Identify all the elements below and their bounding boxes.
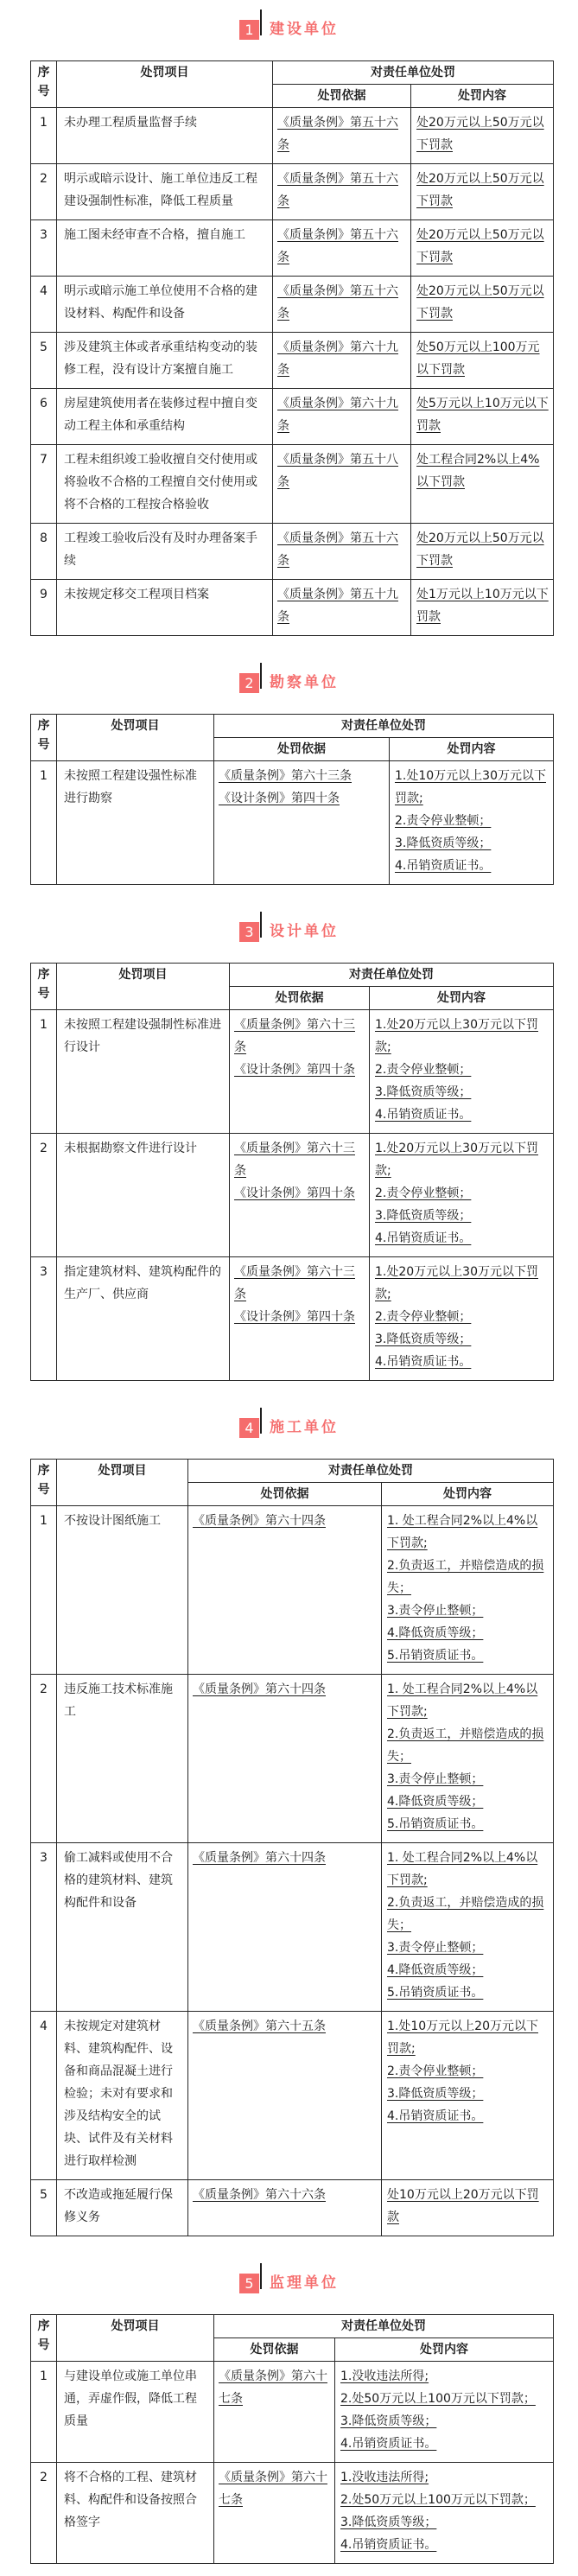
penalty-content-cell: 处工程合同2%以上4%以下罚款 [411,445,554,524]
header-serial-char2: 号 [38,2338,50,2352]
table-row: 2未根据勘察文件进行设计《质量条例》第六十三条《设计条例》第四十条1.处20万元… [31,1134,554,1257]
header-serial-char2: 号 [38,987,50,1001]
row-serial-number: 3 [31,1843,57,2012]
penalty-basis-cell: 《质量条例》第六十九条 [273,333,411,389]
row-serial-number: 1 [31,761,57,885]
header-serial-number: 序 号 [31,1460,57,1506]
header-penalty-basis: 处罚依据 [188,1483,382,1506]
content-line: 处工程合同2%以上4%以下罚款 [416,448,549,493]
penalty-item-cell: 工程竣工验收后没有及时办理备案手续 [57,524,273,580]
content-line: 处20万元以上50万元以下罚款 [416,224,549,269]
header-penalty-group: 对责任单位处罚 [188,1460,554,1483]
header-serial-char1: 序 [38,2319,50,2333]
table-row: 2将不合格的工程、建筑材料、构配件和设备按照合格签字《质量条例》第六十七条1.没… [31,2463,554,2564]
heading-divider-line [260,912,262,938]
content-line: 处20万元以上50万元以下罚款 [416,280,549,325]
section-title: 施工单位 [270,1417,339,1438]
section-number-badge: 3 [239,922,259,942]
basis-line: 《质量条例》第五十六条 [277,280,408,325]
content-line: 4.降低资质等级； [387,1959,549,1981]
header-serial-number: 序 号 [31,2315,57,2362]
content-line: 1.处20万元以上30万元以下罚款; [375,1014,549,1059]
basis-line: 《质量条例》第五十六条 [277,111,408,156]
basis-line: 《质量条例》第五十九条 [277,583,408,628]
basis-line: 《设计条例》第四十条 [234,1059,366,1081]
content-line: 处5万元以上10万元以下罚款 [416,392,549,437]
content-line: 处50万元以上100万元以下罚款 [416,336,549,381]
content-line: 3.降低资质等级； [375,1205,549,1227]
header-serial-char2: 号 [38,85,50,99]
penalty-content-cell: 1.处20万元以上30万元以下罚款;2.责令停业整顿；3.降低资质等级；4.吊销… [370,1010,554,1134]
content-line: 3.降低资质等级； [387,2083,549,2105]
table-header: 序 号 处罚项目 对责任单位处罚 处罚依据 处罚内容 [31,2315,554,2362]
penalty-basis-cell: 《质量条例》第六十四条 [188,1506,382,1675]
content-line: 1. 处工程合同2%以上4%以下罚款; [387,1510,549,1555]
header-serial-char1: 序 [38,66,50,80]
penalty-content-cell: 1.处10万元以上30万元以下罚款;2.责令停业整顿；3.降低资质等级；4.吊销… [390,761,554,885]
header-penalty-basis: 处罚依据 [214,2338,335,2362]
table-row: 2违反施工技术标准施工《质量条例》第六十四条1. 处工程合同2%以上4%以下罚款… [31,1675,554,1843]
basis-line: 《设计条例》第四十条 [219,787,386,810]
penalty-basis-cell: 《质量条例》第五十六条 [273,277,411,333]
content-line: 4.吊销资质证书。 [375,1104,549,1126]
row-serial-number: 4 [31,2012,57,2180]
row-serial-number: 3 [31,1257,57,1381]
penalty-item-cell: 未按照工程建设强性标准进行勘察 [57,761,214,885]
header-serial-char1: 序 [38,1464,50,1478]
section-heading: 3 设计单位 [0,914,578,942]
row-serial-number: 3 [31,220,57,277]
penalty-content-cell: 1. 处工程合同2%以上4%以下罚款;2.负责返工，并赔偿造成的损失；3.责令停… [382,1506,554,1675]
penalty-item-cell: 涉及建筑主体或者承重结构变动的装修工程，没有设计方案擅自施工 [57,333,273,389]
penalty-content-cell: 1. 处工程合同2%以上4%以下罚款;2.负责返工，并赔偿造成的损失；3.责令停… [382,1843,554,2012]
row-serial-number: 5 [31,2180,57,2236]
basis-line: 《质量条例》第六十三条 [219,765,386,787]
header-penalty-content: 处罚内容 [382,1483,554,1506]
penalty-item-cell: 指定建筑材料、建筑构配件的生产厂、供应商 [57,1257,230,1381]
row-serial-number: 2 [31,2463,57,2564]
content-line: 1.处20万元以上30万元以下罚款; [375,1137,549,1182]
penalty-content-cell: 处5万元以上10万元以下罚款 [411,389,554,445]
row-serial-number: 2 [31,164,57,220]
penalty-item-cell: 房屋建筑使用者在装修过程中擅自变动工程主体和承重结构 [57,389,273,445]
basis-line: 《质量条例》第五十六条 [277,224,408,269]
penalty-item-cell: 未按规定移交工程项目档案 [57,580,273,636]
table-row: 1未按照工程建设强制性标准进行设计《质量条例》第六十三条《设计条例》第四十条1.… [31,1010,554,1134]
penalty-content-cell: 处20万元以上50万元以下罚款 [411,277,554,333]
row-serial-number: 1 [31,108,57,164]
heading-divider-line [260,663,262,689]
penalty-basis-cell: 《质量条例》第五十六条 [273,220,411,277]
penalty-section: 1 建设单位 序 号 处罚项目 对责任单位处罚 处罚依据 处罚内容 [0,12,578,636]
basis-line: 《质量条例》第六十九条 [277,392,408,437]
header-penalty-group: 对责任单位处罚 [273,61,554,85]
penalty-content-cell: 1.没收违法所得;2.处50万元以上100万元以下罚款；3.降低资质等级；4.吊… [335,2362,554,2463]
penalty-basis-cell: 《质量条例》第六十三条《设计条例》第四十条 [230,1010,370,1134]
penalty-table: 序 号 处罚项目 对责任单位处罚 处罚依据 处罚内容 1未按照工程建设强性标准进… [30,714,554,885]
content-line: 4.降低资质等级； [387,1790,549,1813]
penalty-item-cell: 施工图未经审查不合格，擅自施工 [57,220,273,277]
content-line: 4.吊销资质证书。 [340,2433,549,2455]
table-row: 1未办理工程质量监督手续《质量条例》第五十六条处20万元以上50万元以下罚款 [31,108,554,164]
basis-line: 《质量条例》第六十四条 [193,1847,378,1869]
penalty-table: 序 号 处罚项目 对责任单位处罚 处罚依据 处罚内容 1与建设单位或施工单位串通… [30,2314,554,2564]
header-serial-number: 序 号 [31,715,57,761]
heading-divider-line [260,2263,262,2289]
header-penalty-group: 对责任单位处罚 [230,964,554,987]
row-serial-number: 7 [31,445,57,524]
penalty-basis-cell: 《质量条例》第五十九条 [273,580,411,636]
content-line: 3.降低资质等级； [340,2511,549,2534]
table-row: 8工程竣工验收后没有及时办理备案手续《质量条例》第五十六条处20万元以上50万元… [31,524,554,580]
content-line: 3.降低资质等级； [375,1081,549,1104]
penalty-basis-cell: 《质量条例》第五十六条 [273,524,411,580]
content-line: 3.降低资质等级； [395,832,549,855]
row-serial-number: 4 [31,277,57,333]
table-row: 1与建设单位或施工单位串通，弄虚作假，降低工程质量《质量条例》第六十七条1.没收… [31,2362,554,2463]
penalty-basis-cell: 《质量条例》第六十三条《设计条例》第四十条 [214,761,390,885]
table-row: 6房屋建筑使用者在装修过程中擅自变动工程主体和承重结构《质量条例》第六十九条处5… [31,389,554,445]
header-penalty-item: 处罚项目 [57,1460,188,1506]
header-penalty-basis: 处罚依据 [214,738,390,761]
content-line: 4.吊销资质证书。 [375,1227,549,1250]
header-penalty-content: 处罚内容 [335,2338,554,2362]
penalty-basis-cell: 《质量条例》第六十六条 [188,2180,382,2236]
penalty-content-cell: 处1万元以上10万元以下罚款 [411,580,554,636]
penalty-item-cell: 未办理工程质量监督手续 [57,108,273,164]
penalty-basis-cell: 《质量条例》第五十六条 [273,164,411,220]
penalty-basis-cell: 《质量条例》第六十三条《设计条例》第四十条 [230,1134,370,1257]
table-body: 1与建设单位或施工单位串通，弄虚作假，降低工程质量《质量条例》第六十七条1.没收… [31,2362,554,2564]
penalty-item-cell: 偷工减料或使用不合格的建筑材料、建筑构配件和设备 [57,1843,188,2012]
penalty-content-cell: 处20万元以上50万元以下罚款 [411,108,554,164]
penalty-item-cell: 未根据勘察文件进行设计 [57,1134,230,1257]
penalty-content-cell: 1.处10万元以上20万元以下罚款;2.责令停业整顿；3.降低资质等级；4.吊销… [382,2012,554,2180]
content-line: 5.吊销资质证书。 [387,1813,549,1835]
header-penalty-item: 处罚项目 [57,61,273,108]
header-penalty-content: 处罚内容 [411,85,554,108]
penalty-section: 2 勘察单位 序 号 处罚项目 对责任单位处罚 处罚依据 处罚内容 [0,665,578,885]
penalty-item-cell: 不改造或拖延履行保修义务 [57,2180,188,2236]
row-serial-number: 1 [31,1010,57,1134]
penalty-content-cell: 1.没收违法所得;2.处50万元以上100万元以下罚款；3.降低资质等级；4.吊… [335,2463,554,2564]
content-line: 1.处20万元以上30万元以下罚款; [375,1261,549,1306]
document: 1 建设单位 序 号 处罚项目 对责任单位处罚 处罚依据 处罚内容 [0,12,578,2564]
header-penalty-item: 处罚项目 [57,715,214,761]
table-header: 序 号 处罚项目 对责任单位处罚 处罚依据 处罚内容 [31,964,554,1010]
basis-line: 《质量条例》第六十六条 [193,2184,378,2206]
table-header: 序 号 处罚项目 对责任单位处罚 处罚依据 处罚内容 [31,715,554,761]
row-serial-number: 1 [31,2362,57,2463]
content-line: 2.责令停业整顿； [395,810,549,832]
penalty-content-cell: 1.处20万元以上30万元以下罚款;2.责令停业整顿；3.降低资质等级；4.吊销… [370,1134,554,1257]
content-line: 1.处10万元以上30万元以下罚款; [395,765,549,810]
header-serial-char2: 号 [38,1483,50,1497]
header-serial-number: 序 号 [31,61,57,108]
row-serial-number: 9 [31,580,57,636]
penalty-content-cell: 处10万元以上20万元以下罚款 [382,2180,554,2236]
penalty-item-cell: 明示或暗示设计、施工单位违反工程建设强制性标准，降低工程质量 [57,164,273,220]
penalty-content-cell: 处50万元以上100万元以下罚款 [411,333,554,389]
content-line: 1. 处工程合同2%以上4%以下罚款; [387,1678,549,1723]
content-line: 1.没收违法所得; [340,2365,549,2388]
content-line: 3.责令停止整顿； [387,1768,549,1790]
content-line: 3.降低资质等级； [375,1328,549,1351]
content-line: 2.负责返工，并赔偿造成的损失； [387,1892,549,1937]
header-penalty-item: 处罚项目 [57,2315,214,2362]
table-row: 4明示或暗示施工单位使用不合格的建设材料、构配件和设备《质量条例》第五十六条处2… [31,277,554,333]
content-line: 2.负责返工，并赔偿造成的损失； [387,1723,549,1768]
penalty-content-cell: 处20万元以上50万元以下罚款 [411,164,554,220]
penalty-item-cell: 工程未组织竣工验收擅自交付使用或将验收不合格的工程擅自交付使用或将不合格的工程按… [57,445,273,524]
table-row: 7工程未组织竣工验收擅自交付使用或将验收不合格的工程擅自交付使用或将不合格的工程… [31,445,554,524]
table-row: 4未按规定对建筑材料、建筑构配件、设备和商品混凝土进行检验；未对有要求和涉及结构… [31,2012,554,2180]
basis-line: 《质量条例》第五十六条 [277,168,408,213]
section-title: 建设单位 [270,19,339,40]
penalty-item-cell: 不按设计图纸施工 [57,1506,188,1675]
table-body: 1未办理工程质量监督手续《质量条例》第五十六条处20万元以上50万元以下罚款2明… [31,108,554,636]
table-row: 5涉及建筑主体或者承重结构变动的装修工程，没有设计方案擅自施工《质量条例》第六十… [31,333,554,389]
header-serial-char1: 序 [38,719,50,733]
section-heading: 2 勘察单位 [0,665,578,693]
penalty-item-cell: 未按照工程建设强制性标准进行设计 [57,1010,230,1134]
section-title: 勘察单位 [270,672,339,693]
row-serial-number: 2 [31,1675,57,1843]
penalty-item-cell: 将不合格的工程、建筑材料、构配件和设备按照合格签字 [57,2463,214,2564]
table-body: 1未按照工程建设强制性标准进行设计《质量条例》第六十三条《设计条例》第四十条1.… [31,1010,554,1381]
row-serial-number: 8 [31,524,57,580]
table-row: 1未按照工程建设强性标准进行勘察《质量条例》第六十三条《设计条例》第四十条1.处… [31,761,554,885]
basis-line: 《质量条例》第六十三条 [234,1137,366,1182]
header-penalty-content: 处罚内容 [390,738,554,761]
penalty-basis-cell: 《质量条例》第六十七条 [214,2463,335,2564]
content-line: 处20万元以上50万元以下罚款 [416,527,549,572]
content-line: 2.责令停业整顿； [387,2060,549,2083]
content-line: 3.责令停止整顿； [387,1937,549,1959]
section-heading: 1 建设单位 [0,12,578,40]
penalty-basis-cell: 《质量条例》第六十九条 [273,389,411,445]
basis-line: 《质量条例》第六十三条 [234,1014,366,1059]
table-header: 序 号 处罚项目 对责任单位处罚 处罚依据 处罚内容 [31,61,554,108]
penalty-content-cell: 1.处20万元以上30万元以下罚款;2.责令停业整顿；3.降低资质等级；4.吊销… [370,1257,554,1381]
table-body: 1未按照工程建设强性标准进行勘察《质量条例》第六十三条《设计条例》第四十条1.处… [31,761,554,885]
content-line: 1. 处工程合同2%以上4%以下罚款; [387,1847,549,1892]
penalty-content-cell: 1. 处工程合同2%以上4%以下罚款;2.负责返工，并赔偿造成的损失；3.责令停… [382,1675,554,1843]
basis-line: 《质量条例》第六十四条 [193,1510,378,1532]
basis-line: 《质量条例》第六十四条 [193,1678,378,1701]
basis-line: 《质量条例》第六十七条 [219,2365,332,2410]
content-line: 2.负责返工，并赔偿造成的损失； [387,1555,549,1600]
section-heading: 5 监理单位 [0,2266,578,2293]
table-row: 3施工图未经审查不合格，擅自施工《质量条例》第五十六条处20万元以上50万元以下… [31,220,554,277]
heading-divider-line [260,10,262,35]
table-row: 1不按设计图纸施工《质量条例》第六十四条1. 处工程合同2%以上4%以下罚款;2… [31,1506,554,1675]
content-line: 4.吊销资质证书。 [395,855,549,877]
content-line: 4.吊销资质证书。 [375,1351,549,1373]
content-line: 处20万元以上50万元以下罚款 [416,111,549,156]
basis-line: 《设计条例》第四十条 [234,1306,366,1328]
basis-line: 《质量条例》第五十六条 [277,527,408,572]
basis-line: 《设计条例》第四十条 [234,1182,366,1205]
penalty-basis-cell: 《质量条例》第五十六条 [273,108,411,164]
table-row: 5不改造或拖延履行保修义务《质量条例》第六十六条处10万元以上20万元以下罚款 [31,2180,554,2236]
section-number-badge: 2 [239,673,259,693]
penalty-table: 序 号 处罚项目 对责任单位处罚 处罚依据 处罚内容 1不按设计图纸施工《质量条… [30,1459,554,2236]
section-number-badge: 1 [239,20,259,40]
penalty-basis-cell: 《质量条例》第六十三条《设计条例》第四十条 [230,1257,370,1381]
content-line: 1.没收违法所得; [340,2466,549,2489]
content-line: 5.吊销资质证书。 [387,1981,549,2004]
basis-line: 《质量条例》第六十三条 [234,1261,366,1306]
basis-line: 《质量条例》第六十七条 [219,2466,332,2511]
penalty-item-cell: 与建设单位或施工单位串通，弄虚作假，降低工程质量 [57,2362,214,2463]
header-penalty-group: 对责任单位处罚 [214,715,554,738]
row-serial-number: 1 [31,1506,57,1675]
table-body: 1不按设计图纸施工《质量条例》第六十四条1. 处工程合同2%以上4%以下罚款;2… [31,1506,554,2236]
penalty-basis-cell: 《质量条例》第五十八条 [273,445,411,524]
penalty-content-cell: 处20万元以上50万元以下罚款 [411,524,554,580]
penalty-table: 序 号 处罚项目 对责任单位处罚 处罚依据 处罚内容 1未办理工程质量监督手续《… [30,60,554,636]
content-line: 2.责令停业整顿； [375,1306,549,1328]
content-line: 2.责令停业整顿； [375,1059,549,1081]
table-row: 3指定建筑材料、建筑构配件的生产厂、供应商《质量条例》第六十三条《设计条例》第四… [31,1257,554,1381]
header-penalty-group: 对责任单位处罚 [214,2315,554,2338]
penalty-basis-cell: 《质量条例》第六十七条 [214,2362,335,2463]
header-serial-char1: 序 [38,968,50,982]
table-row: 2明示或暗示设计、施工单位违反工程建设强制性标准，降低工程质量《质量条例》第五十… [31,164,554,220]
header-penalty-basis: 处罚依据 [230,987,370,1010]
heading-divider-line [260,1408,262,1434]
section-number-badge: 4 [239,1418,259,1438]
content-line: 1.处10万元以上20万元以下罚款; [387,2015,549,2060]
penalty-content-cell: 处20万元以上50万元以下罚款 [411,220,554,277]
penalty-item-cell: 未按规定对建筑材料、建筑构配件、设备和商品混凝土进行检验；未对有要求和涉及结构安… [57,2012,188,2180]
row-serial-number: 2 [31,1134,57,1257]
table-row: 9未按规定移交工程项目档案《质量条例》第五十九条处1万元以上10万元以下罚款 [31,580,554,636]
section-number-badge: 5 [239,2274,259,2293]
content-line: 2.处50万元以上100万元以下罚款； [340,2489,549,2511]
penalty-basis-cell: 《质量条例》第六十四条 [188,1675,382,1843]
basis-line: 《质量条例》第六十九条 [277,336,408,381]
table-header: 序 号 处罚项目 对责任单位处罚 处罚依据 处罚内容 [31,1460,554,1506]
penalty-section: 4 施工单位 序 号 处罚项目 对责任单位处罚 处罚依据 处罚内容 [0,1410,578,2236]
section-title: 设计单位 [270,921,339,942]
section-title: 监理单位 [270,2273,339,2293]
penalty-section: 5 监理单位 序 号 处罚项目 对责任单位处罚 处罚依据 处罚内容 [0,2266,578,2564]
content-line: 处1万元以上10万元以下罚款 [416,583,549,628]
content-line: 4.吊销资质证书。 [340,2534,549,2556]
content-line: 2.责令停业整顿； [375,1182,549,1205]
content-line: 4.吊销资质证书。 [387,2105,549,2128]
content-line: 4.降低资质等级； [387,1622,549,1644]
content-line: 5.吊销资质证书。 [387,1644,549,1667]
header-penalty-basis: 处罚依据 [273,85,411,108]
table-row: 3偷工减料或使用不合格的建筑材料、建筑构配件和设备《质量条例》第六十四条1. 处… [31,1843,554,2012]
penalty-basis-cell: 《质量条例》第六十五条 [188,2012,382,2180]
header-serial-char2: 号 [38,738,50,752]
header-penalty-item: 处罚项目 [57,964,230,1010]
penalty-item-cell: 明示或暗示施工单位使用不合格的建设材料、构配件和设备 [57,277,273,333]
row-serial-number: 5 [31,333,57,389]
row-serial-number: 6 [31,389,57,445]
header-penalty-content: 处罚内容 [370,987,554,1010]
basis-line: 《质量条例》第六十五条 [193,2015,378,2038]
basis-line: 《质量条例》第五十八条 [277,448,408,493]
content-line: 3.降低资质等级； [340,2410,549,2433]
header-serial-number: 序 号 [31,964,57,1010]
content-line: 3.责令停止整顿； [387,1600,549,1622]
content-line: 处20万元以上50万元以下罚款 [416,168,549,213]
section-heading: 4 施工单位 [0,1410,578,1438]
content-line: 处10万元以上20万元以下罚款 [387,2184,549,2229]
content-line: 2.处50万元以上100万元以下罚款； [340,2388,549,2410]
penalty-section: 3 设计单位 序 号 处罚项目 对责任单位处罚 处罚依据 处罚内容 [0,914,578,1381]
penalty-basis-cell: 《质量条例》第六十四条 [188,1843,382,2012]
penalty-item-cell: 违反施工技术标准施工 [57,1675,188,1843]
penalty-table: 序 号 处罚项目 对责任单位处罚 处罚依据 处罚内容 1未按照工程建设强制性标准… [30,963,554,1381]
